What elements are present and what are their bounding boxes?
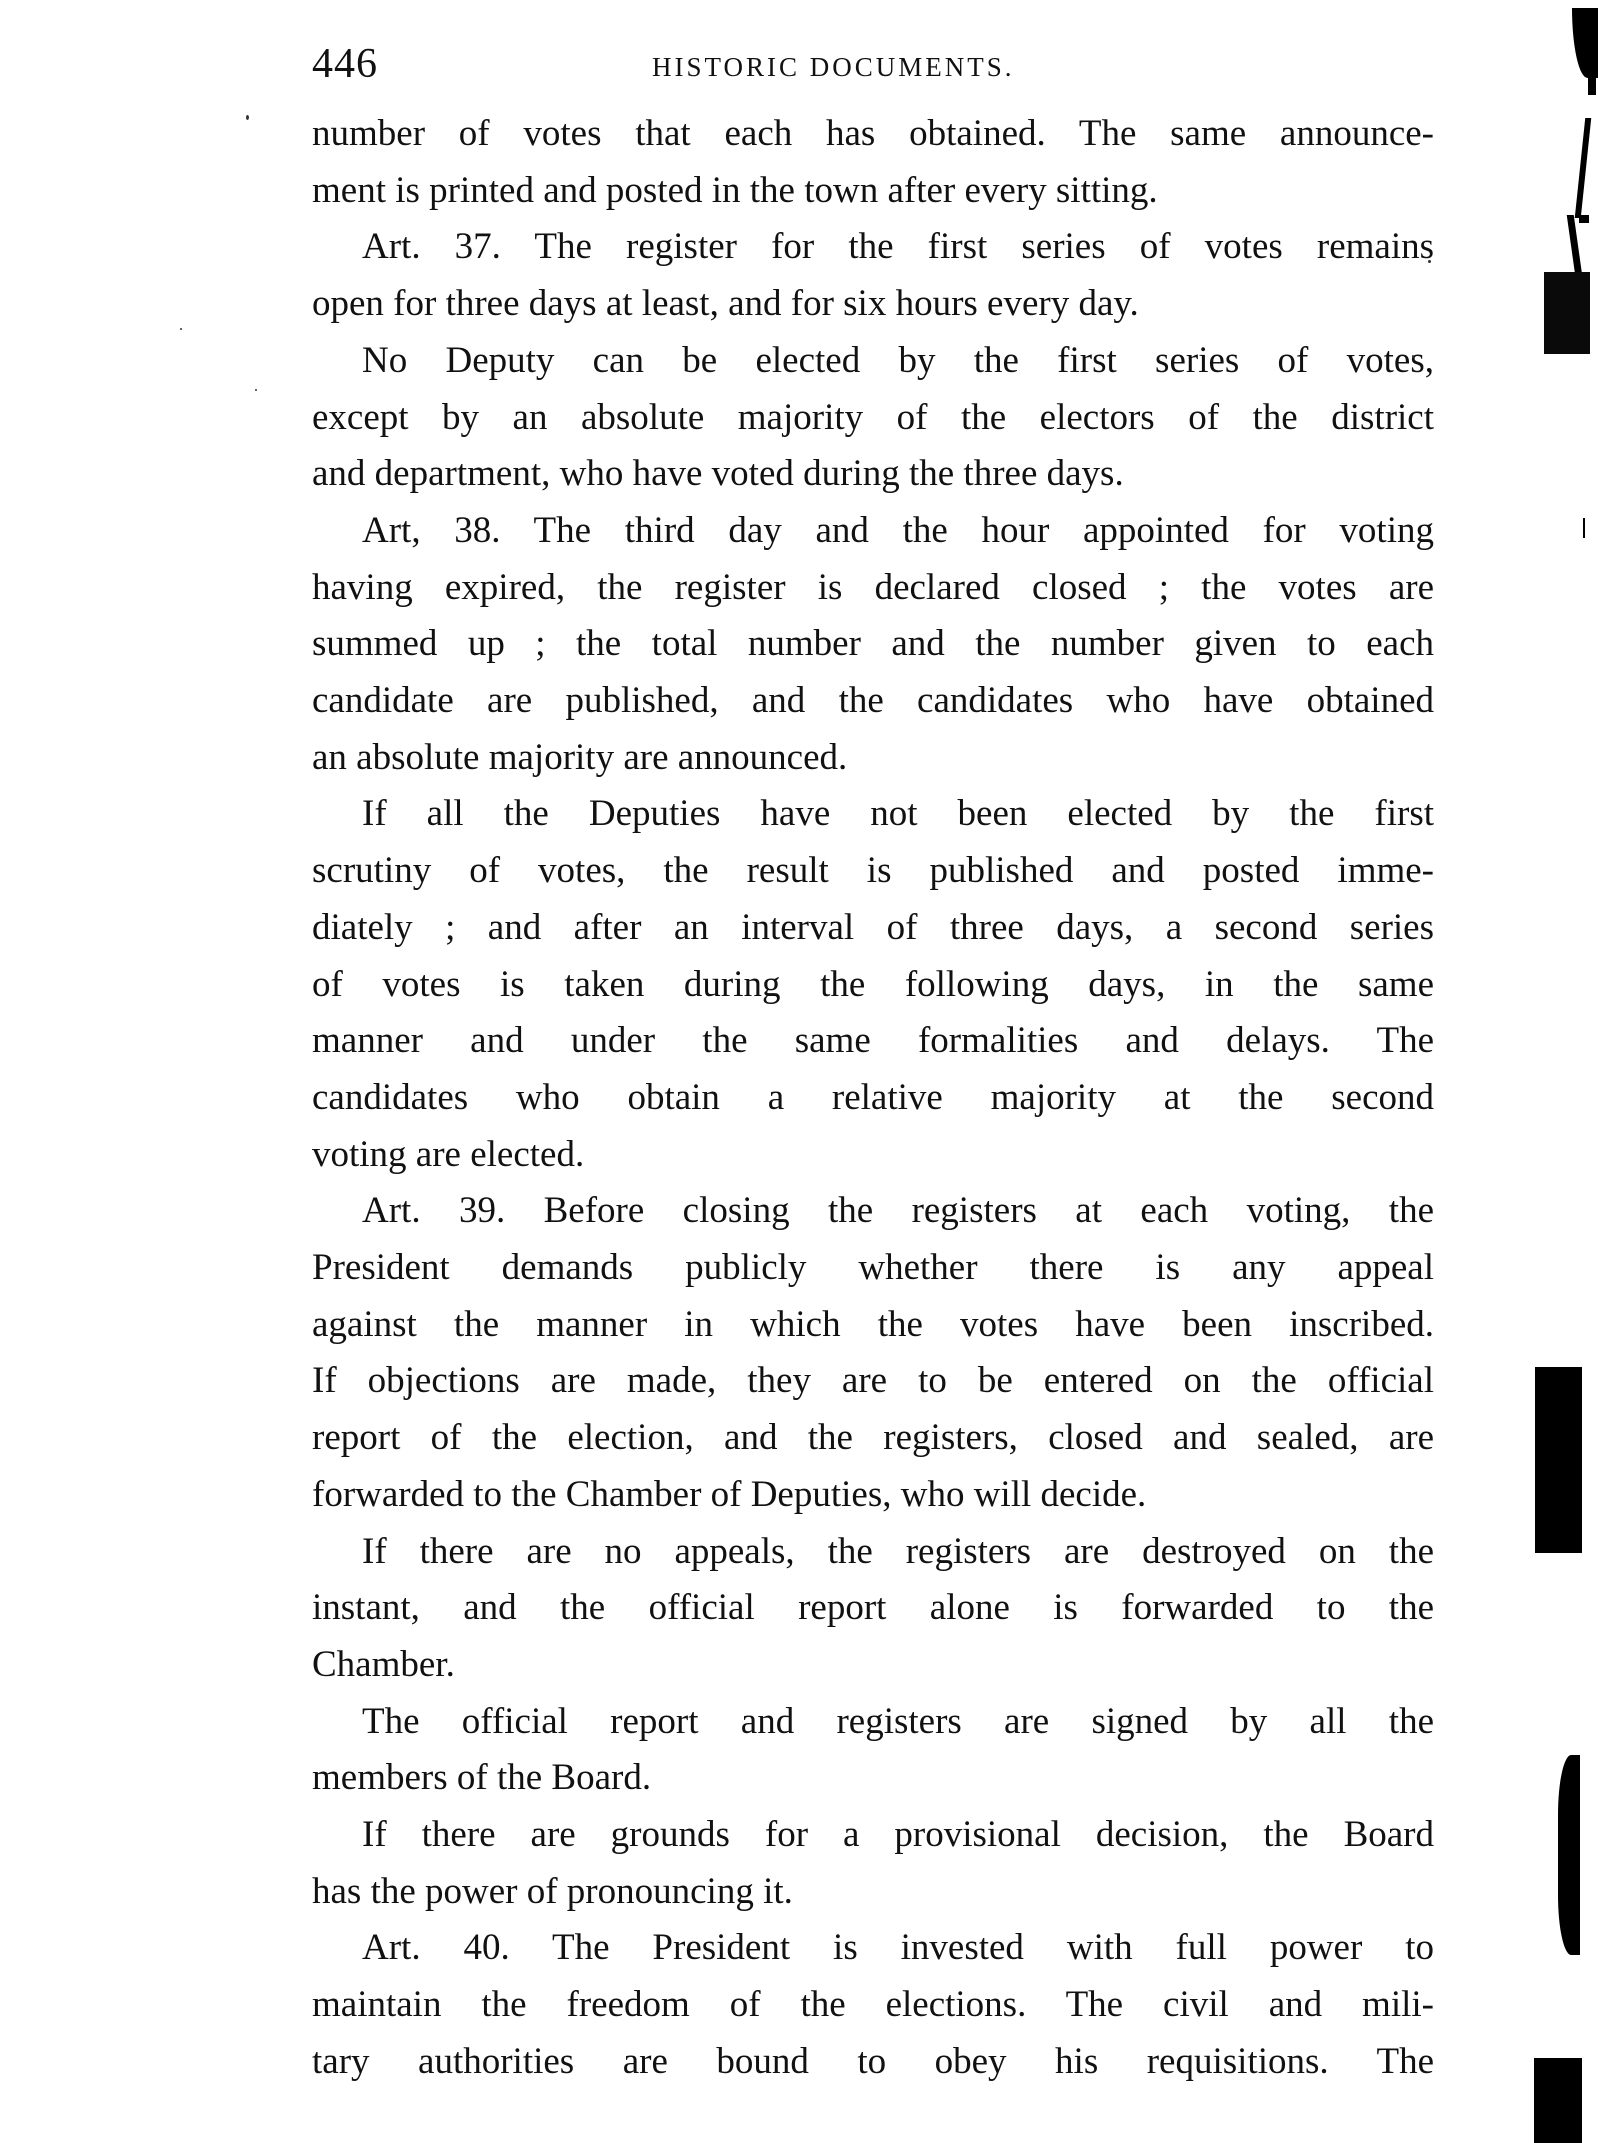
text-line: of votes is taken during the following d… xyxy=(312,957,1434,1013)
text-line: has the power of pronouncing it. xyxy=(312,1864,1434,1920)
text-line: Art. 39. Before closing the registers at… xyxy=(362,1183,1434,1239)
text-line: number of votes that each has obtained. … xyxy=(312,106,1434,162)
text-line: If all the Deputies have not been electe… xyxy=(362,786,1434,842)
scan-edge-mark xyxy=(1575,118,1592,218)
margin-speck xyxy=(1428,260,1431,263)
scan-edge-mark xyxy=(1588,60,1596,95)
text-line: except by an absolute majority of the el… xyxy=(312,390,1434,446)
page-number: 446 xyxy=(312,36,378,92)
scanned-book-page: 446 HISTORIC DOCUMENTS. number of votes … xyxy=(0,0,1598,2143)
scan-edge-mark xyxy=(1534,2058,1582,2143)
text-line: diately ; and after an interval of three… xyxy=(312,900,1434,956)
text-line: voting are elected. xyxy=(312,1127,1434,1183)
text-line: The official report and registers are si… xyxy=(362,1694,1434,1750)
text-line: No Deputy can be elected by the first se… xyxy=(362,333,1434,389)
text-line: report of the election, and the register… xyxy=(312,1410,1434,1466)
text-line: candidates who obtain a relative majorit… xyxy=(312,1070,1434,1126)
text-line: President demands publicly whether there… xyxy=(312,1240,1434,1296)
text-line: an absolute majority are announced. xyxy=(312,730,1434,786)
text-line: If there are grounds for a provisional d… xyxy=(362,1807,1434,1863)
text-line: forwarded to the Chamber of Deputies, wh… xyxy=(312,1467,1434,1523)
text-line: instant, and the official report alone i… xyxy=(312,1580,1434,1636)
text-line: members of the Board. xyxy=(312,1750,1434,1806)
margin-speck xyxy=(1412,355,1414,358)
text-line: and department, who have voted during th… xyxy=(312,446,1434,502)
text-line: against the manner in which the votes ha… xyxy=(312,1297,1434,1353)
page-header: 446 HISTORIC DOCUMENTS. xyxy=(312,36,1434,92)
text-line: Art. 37. The register for the first seri… xyxy=(362,219,1434,275)
text-line: manner and under the same formalities an… xyxy=(312,1013,1434,1069)
running-head: HISTORIC DOCUMENTS. xyxy=(652,42,1015,92)
text-line: Chamber. xyxy=(312,1637,1434,1693)
margin-speck xyxy=(255,389,257,391)
text-line: Art, 38. The third day and the hour appo… xyxy=(362,503,1434,559)
text-line: maintain the freedom of the elections. T… xyxy=(312,1977,1434,2033)
text-line: summed up ; the total number and the num… xyxy=(312,616,1434,672)
scan-edge-mark xyxy=(1535,1367,1582,1553)
text-line: If there are no appeals, the registers a… xyxy=(362,1524,1434,1580)
text-line: If objections are made, they are to be e… xyxy=(312,1353,1434,1409)
text-line: candidate are published, and the candida… xyxy=(312,673,1434,729)
scan-edge-mark xyxy=(1579,215,1589,223)
text-line: scrutiny of votes, the result is publish… xyxy=(312,843,1434,899)
scan-edge-mark xyxy=(1558,1755,1580,1955)
scan-edge-mark xyxy=(1583,518,1585,538)
margin-speck xyxy=(246,115,249,120)
text-line: having expired, the register is declared… xyxy=(312,560,1434,616)
scan-edge-mark xyxy=(1544,272,1590,354)
text-line: open for three days at least, and for si… xyxy=(312,276,1434,332)
margin-speck xyxy=(180,328,182,330)
text-line: ment is printed and posted in the town a… xyxy=(312,163,1434,219)
text-line: tary authorities are bound to obey his r… xyxy=(312,2034,1434,2090)
text-line: Art. 40. The President is invested with … xyxy=(362,1920,1434,1976)
